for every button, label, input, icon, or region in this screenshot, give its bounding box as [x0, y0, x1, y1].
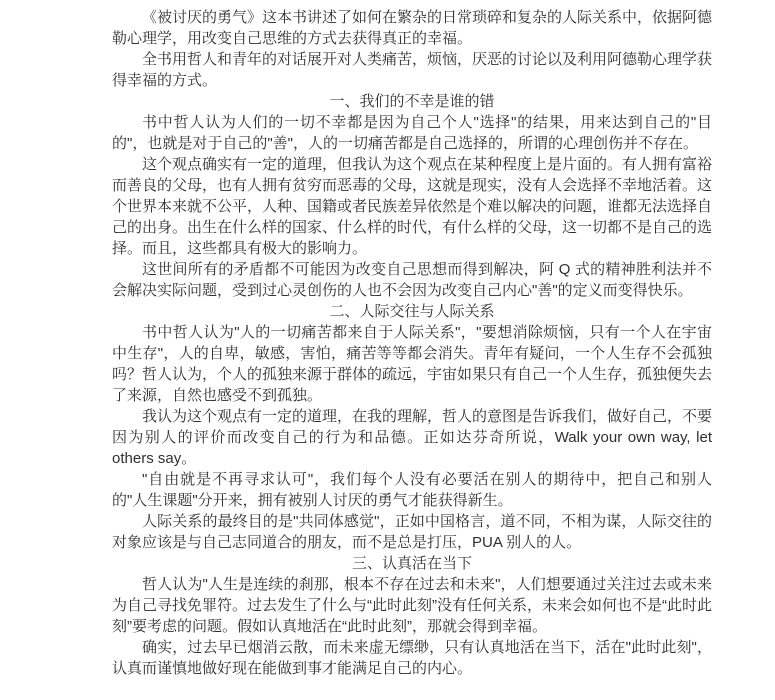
document-page: 《被讨厌的勇气》这本书讲述了如何在繁杂的日常琐碎和复杂的人际关系中，依据阿德勒心…: [112, 7, 712, 679]
paragraph: 人际关系的最终目的是"共同体感觉"，正如中国格言，道不同，不相为谋，人际交往的对…: [112, 511, 712, 553]
section-heading: 三、认真活在当下: [112, 553, 712, 574]
paragraph: 《被讨厌的勇气》这本书讲述了如何在繁杂的日常琐碎和复杂的人际关系中，依据阿德勒心…: [112, 7, 712, 49]
paragraph: 确实，过去早已烟消云散，而未来虚无缥缈，只有认真地活在当下，活在"此时此刻"，认…: [112, 637, 712, 679]
paragraph: "自由就是不再寻求认可"，我们每个人没有必要活在别人的期待中，把自己和别人的"人…: [112, 469, 712, 511]
section-heading: 一、我们的不幸是谁的错: [112, 91, 712, 112]
paragraph: 哲人认为"人生是连续的刹那，根本不存在过去和未来"，人们想要通过关注过去或未来为…: [112, 574, 712, 637]
paragraph: 这世间所有的矛盾都不可能因为改变自己思想而得到解决，阿 Q 式的精神胜利法并不会…: [112, 259, 712, 301]
paragraph: 这个观点确实有一定的道理，但我认为这个观点在某种程度上是片面的。有人拥有富裕而善…: [112, 154, 712, 259]
paragraph: 全书用哲人和青年的对话展开对人类痛苦，烦恼，厌恶的讨论以及利用阿德勒心理学获得幸…: [112, 49, 712, 91]
paragraph: 书中哲人认为人们的一切不幸都是因为自己个人"选择"的结果，用来达到自己的"目的"…: [112, 112, 712, 154]
section-heading: 二、人际交往与人际关系: [112, 301, 712, 322]
paragraph: 我认为这个观点有一定的道理，在我的理解，哲人的意图是告诉我们，做好自己，不要因为…: [112, 406, 712, 469]
paragraph: 书中哲人认为"人的一切痛苦都来自于人际关系"，"要想消除烦恼，只有一个人在宇宙中…: [112, 322, 712, 406]
